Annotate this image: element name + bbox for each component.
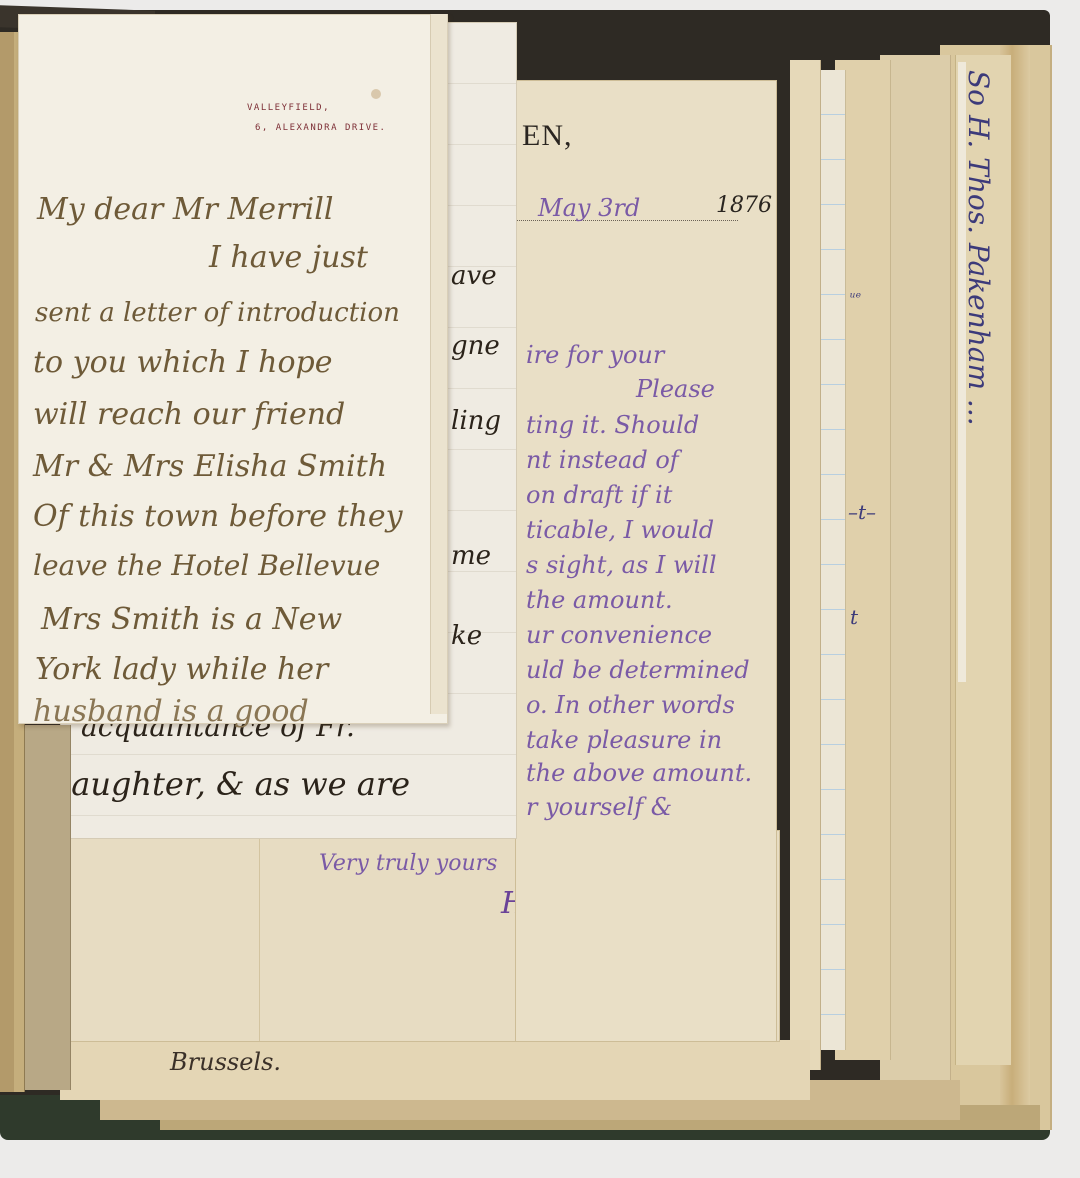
vertical-handwriting: So H. Thos. Pakenham ... xyxy=(962,70,995,426)
body-line: Of this town before they xyxy=(33,502,403,532)
body-line: leave the Hotel Bellevue xyxy=(33,552,380,580)
body-line: s sight, as I will xyxy=(526,553,717,577)
salutation: My dear Mr Merrill xyxy=(37,195,333,225)
margin-fragment: ke xyxy=(451,623,482,649)
envelope-strip xyxy=(20,725,71,1090)
body-line: laughter, & as we are xyxy=(61,768,410,800)
body-line: uld be determined xyxy=(526,658,750,682)
body-line: York lady while her xyxy=(35,655,328,685)
body-line: ting it. Should xyxy=(526,413,699,437)
scribble-fragment: t xyxy=(850,605,858,629)
album-spine xyxy=(0,32,15,1092)
body-line: to you which I hope xyxy=(33,348,333,378)
letterhead-line2: 6, ALEXANDRA DRIVE. xyxy=(255,123,386,133)
printed-letterhead: EN, xyxy=(522,119,573,153)
back-page-6 xyxy=(790,60,821,1070)
envelope-script-text: Brussels. xyxy=(170,1050,281,1074)
body-line: ur convenience xyxy=(526,623,712,647)
scribble-fragment: ᵘᵉ xyxy=(850,290,861,306)
bottom-envelope: Brussels. xyxy=(60,1040,810,1100)
body-line: take pleasure in xyxy=(526,728,722,752)
body-line: on draft if it xyxy=(526,483,672,507)
body-line: ire for your xyxy=(526,343,664,367)
margin-fragment: ave xyxy=(451,263,497,289)
body-line: I have just xyxy=(209,243,368,273)
margin-fragment: gne xyxy=(451,333,500,359)
date-year: 1876 xyxy=(716,193,772,218)
date-line: May 3rd xyxy=(516,196,738,221)
ink-spot xyxy=(371,89,381,99)
body-line: will reach our friend xyxy=(33,400,345,430)
body-line: the above amount. xyxy=(526,761,752,785)
body-line: sent a letter of introduction xyxy=(35,300,400,326)
date-text: May 3rd xyxy=(538,196,640,220)
body-line: o. In other words xyxy=(526,693,735,717)
body-line: r yourself & xyxy=(526,795,672,819)
front-letter-fold-edge xyxy=(430,14,447,714)
body-line: Mr & Mrs Elisha Smith xyxy=(33,452,387,482)
body-line: Mrs Smith is a New xyxy=(41,605,342,635)
body-line: ticable, I would xyxy=(526,518,714,542)
margin-fragment: ling xyxy=(451,408,501,434)
letterhead-line1: VALLEYFIELD, xyxy=(247,103,330,113)
body-line: the amount. xyxy=(526,588,673,612)
purple-letter: EN, May 3rd 1876 ire for your Please tin… xyxy=(515,80,777,1042)
body-line: nt instead of xyxy=(526,448,679,472)
scribble-fragment: –t– xyxy=(848,500,876,524)
body-line: Please xyxy=(636,377,715,401)
body-line: husband is a good xyxy=(33,697,309,727)
margin-fragment: me xyxy=(451,543,491,569)
letter-closing: Very truly yours xyxy=(319,853,497,875)
front-letter: VALLEYFIELD, 6, ALEXANDRA DRIVE. My dear… xyxy=(18,14,448,724)
fold-crease xyxy=(259,831,260,1041)
